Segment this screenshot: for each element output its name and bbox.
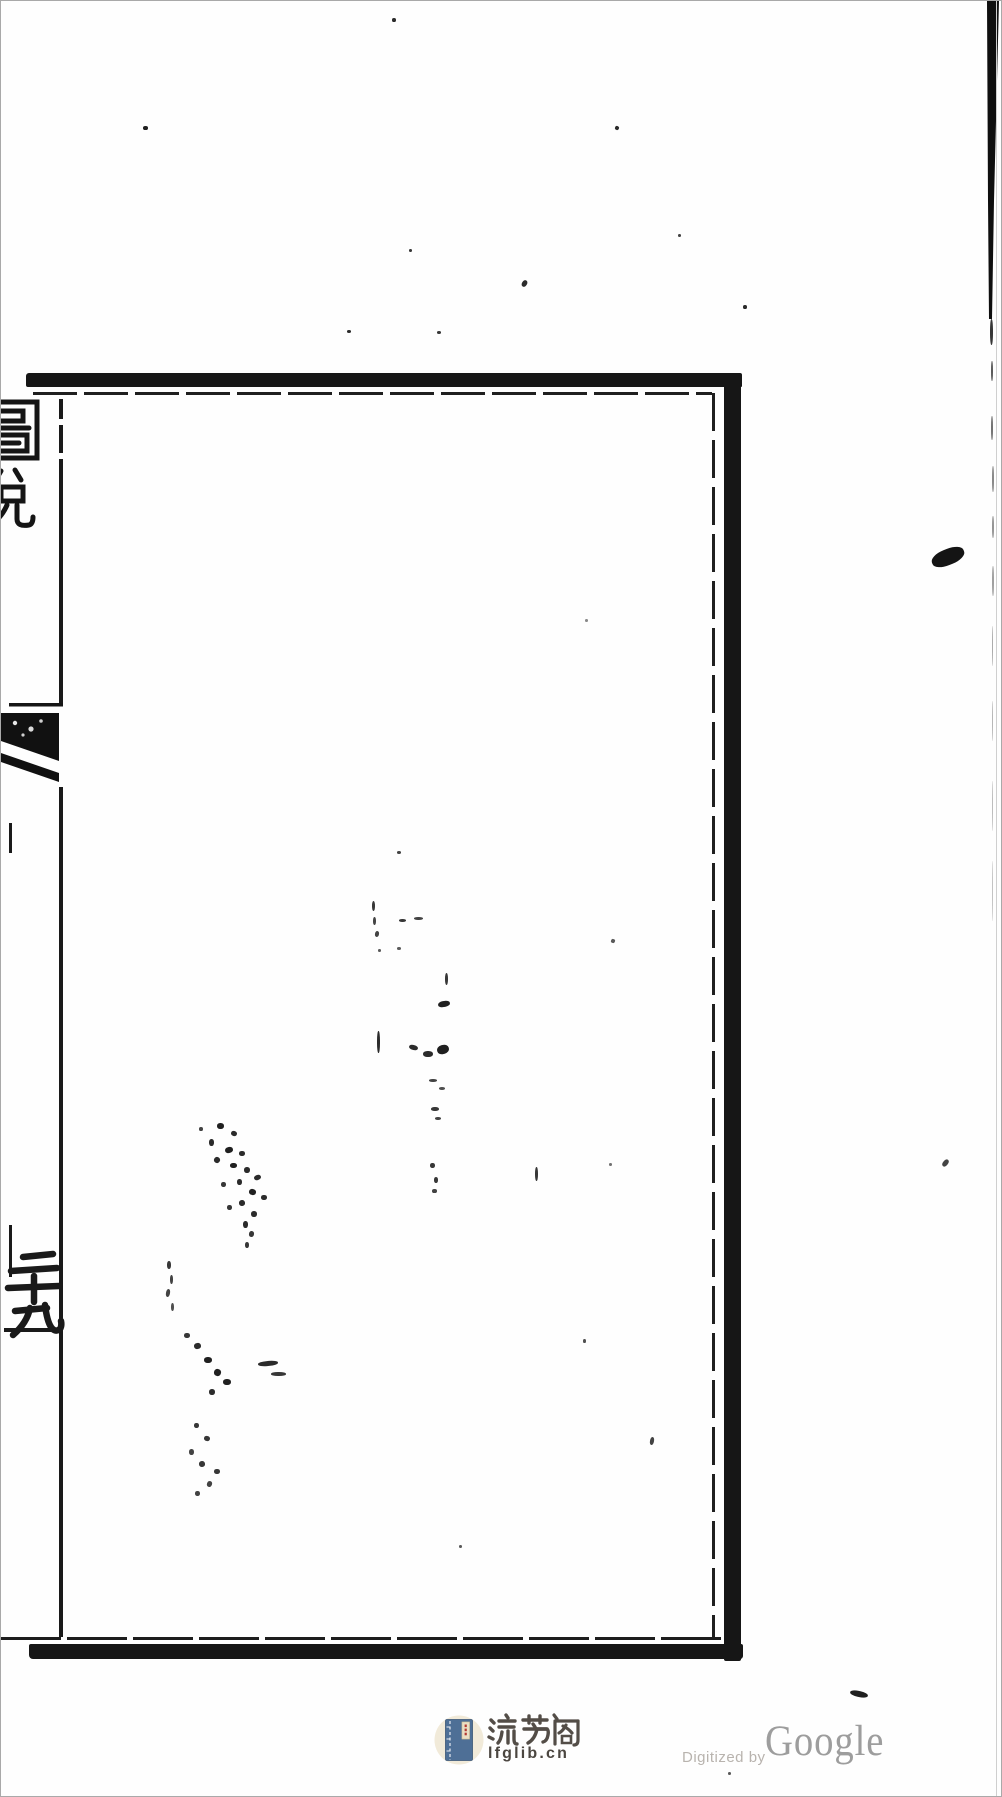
ink-speck bbox=[535, 1167, 538, 1181]
ink-speck bbox=[373, 917, 376, 925]
ink-speck bbox=[583, 1339, 586, 1343]
ink-speck bbox=[941, 1158, 950, 1167]
ink-speck bbox=[399, 919, 406, 922]
ink-speck bbox=[194, 1342, 202, 1349]
ink-speck bbox=[437, 331, 441, 334]
ink-speck bbox=[850, 1689, 869, 1699]
ink-speck bbox=[194, 1423, 199, 1428]
ink-speck bbox=[375, 931, 380, 938]
ink-speck bbox=[392, 18, 396, 22]
ink-speck bbox=[243, 1221, 248, 1228]
ink-speck bbox=[434, 1177, 438, 1183]
ink-speck bbox=[992, 861, 993, 921]
ink-speck bbox=[223, 1379, 231, 1385]
ink-speck bbox=[431, 1107, 439, 1111]
ink-speck bbox=[245, 1242, 249, 1248]
ink-speck bbox=[167, 1261, 171, 1269]
ink-speck bbox=[378, 949, 381, 952]
ink-speck bbox=[203, 1435, 210, 1441]
ink-speck bbox=[992, 466, 994, 492]
ink-speck bbox=[251, 1211, 257, 1217]
ink-speck-layer bbox=[1, 1, 1002, 1797]
ink-speck bbox=[214, 1469, 220, 1474]
ink-speck bbox=[992, 781, 993, 831]
ink-speck bbox=[248, 1188, 256, 1196]
ink-speck bbox=[438, 1000, 451, 1008]
ink-speck bbox=[239, 1151, 245, 1156]
ink-speck bbox=[409, 249, 412, 252]
ink-speck bbox=[432, 1189, 437, 1193]
ink-speck bbox=[414, 917, 423, 920]
ink-speck bbox=[459, 1545, 462, 1548]
ink-speck bbox=[213, 1156, 221, 1164]
ink-speck bbox=[189, 1449, 194, 1455]
ink-speck bbox=[397, 851, 401, 854]
ink-speck bbox=[209, 1389, 215, 1395]
ink-speck bbox=[213, 1368, 222, 1377]
ink-speck bbox=[992, 566, 994, 596]
scanned-book-page: lfglib.cn Digitized by Google bbox=[0, 0, 1002, 1797]
ink-speck bbox=[929, 543, 967, 571]
ink-speck bbox=[217, 1123, 224, 1129]
ink-speck bbox=[258, 1360, 278, 1367]
ink-speck bbox=[170, 1275, 173, 1284]
ink-speck bbox=[171, 1303, 174, 1311]
ink-speck bbox=[184, 1333, 190, 1338]
ink-speck bbox=[992, 626, 993, 666]
ink-speck bbox=[439, 1087, 445, 1090]
ink-speck bbox=[743, 305, 747, 309]
ink-speck bbox=[271, 1372, 286, 1376]
ink-speck bbox=[436, 1044, 450, 1056]
lfglib-site-name bbox=[487, 1713, 581, 1747]
ink-speck bbox=[227, 1205, 232, 1210]
ink-speck bbox=[445, 973, 448, 985]
ink-speck bbox=[261, 1195, 267, 1200]
ink-speck bbox=[991, 416, 993, 440]
book-icon bbox=[434, 1715, 484, 1765]
ink-speck bbox=[990, 319, 993, 345]
ink-speck bbox=[372, 901, 375, 911]
ink-speck bbox=[609, 1163, 612, 1166]
ink-speck bbox=[397, 947, 401, 950]
ink-speck bbox=[237, 1179, 242, 1185]
ink-speck bbox=[199, 1461, 206, 1468]
ink-speck bbox=[224, 1146, 233, 1154]
ink-speck bbox=[221, 1182, 226, 1187]
ink-speck bbox=[610, 938, 615, 943]
ink-speck bbox=[423, 1051, 433, 1057]
ink-speck bbox=[230, 1163, 237, 1168]
ink-speck bbox=[728, 1772, 731, 1775]
lfglib-site-url: lfglib.cn bbox=[488, 1745, 569, 1763]
ink-speck bbox=[249, 1231, 255, 1238]
ink-speck bbox=[347, 330, 351, 333]
ink-speck bbox=[429, 1079, 437, 1082]
ink-speck bbox=[435, 1117, 441, 1120]
ink-speck bbox=[253, 1174, 261, 1181]
ink-speck bbox=[521, 279, 529, 288]
ink-speck bbox=[409, 1044, 419, 1051]
google-logo: Google bbox=[765, 1717, 884, 1766]
ink-speck bbox=[244, 1167, 250, 1173]
ink-speck bbox=[206, 1480, 213, 1487]
ink-speck bbox=[143, 126, 148, 130]
ink-speck bbox=[678, 234, 681, 237]
ink-speck bbox=[165, 1289, 170, 1298]
ink-speck bbox=[991, 361, 993, 381]
ink-speck bbox=[430, 1163, 435, 1168]
ink-speck bbox=[195, 1491, 200, 1496]
ink-speck bbox=[614, 125, 619, 130]
ink-speck bbox=[649, 1437, 654, 1446]
digitized-by-label: Digitized by bbox=[682, 1749, 766, 1766]
ink-speck bbox=[209, 1139, 214, 1146]
ink-speck bbox=[239, 1200, 246, 1207]
ink-speck bbox=[199, 1127, 203, 1131]
ink-speck bbox=[377, 1031, 380, 1053]
ink-speck bbox=[992, 516, 994, 538]
ink-speck bbox=[992, 701, 993, 741]
ink-speck bbox=[204, 1357, 212, 1363]
ink-speck bbox=[585, 619, 588, 622]
ink-speck bbox=[230, 1130, 237, 1137]
